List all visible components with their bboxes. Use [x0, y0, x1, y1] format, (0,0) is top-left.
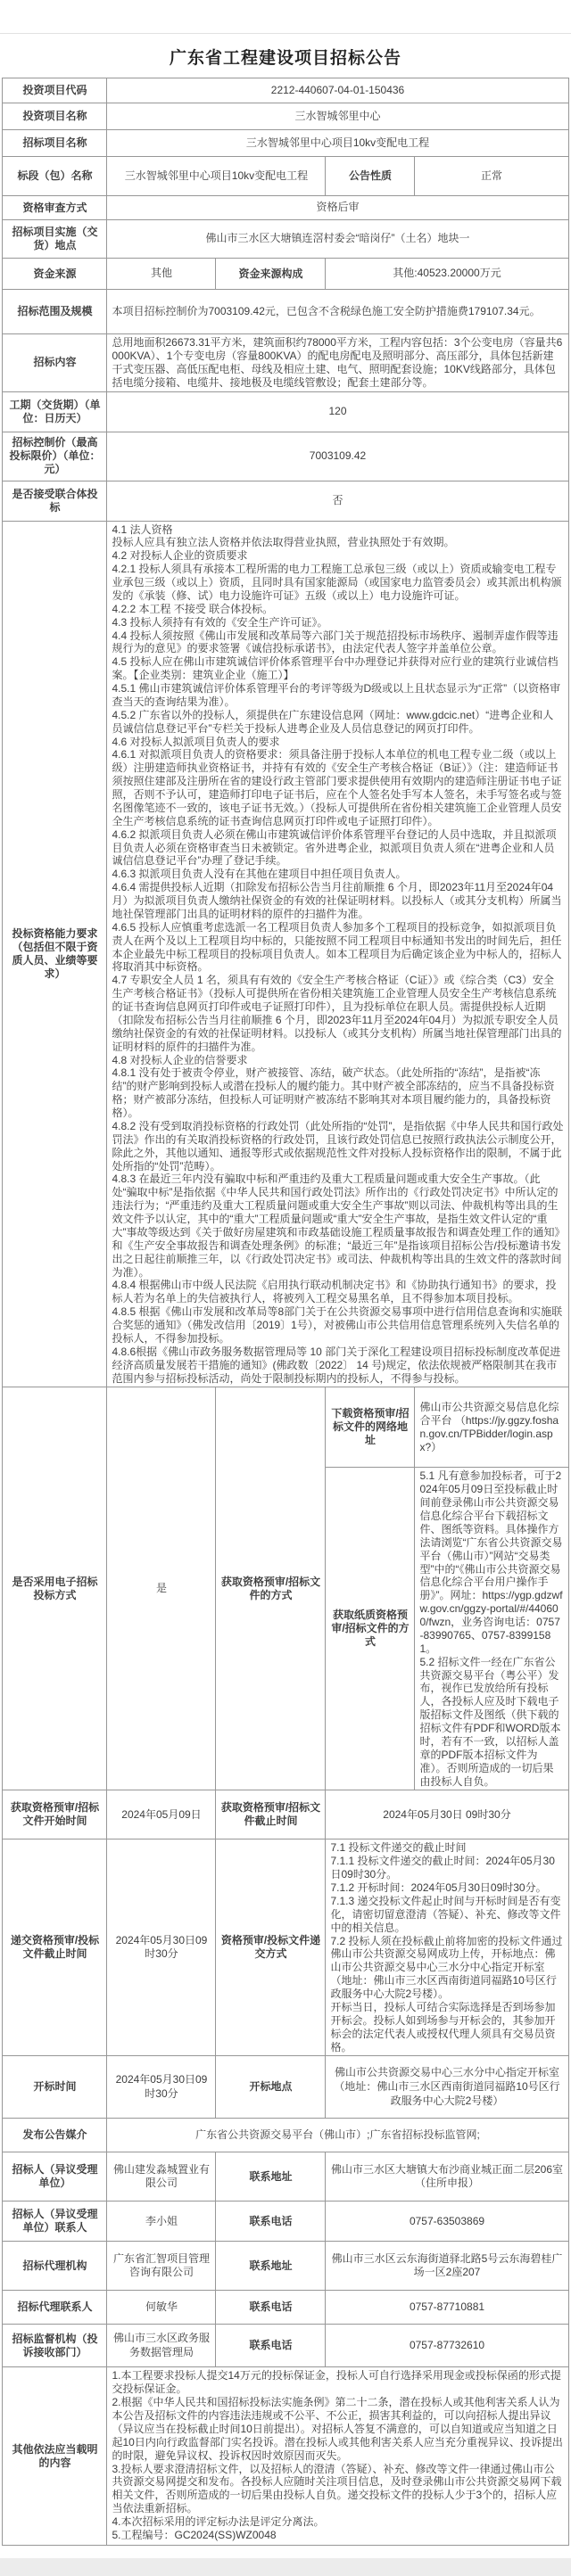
row-e-bidding-1: 是否采用电子招标投标方式 是 获取资格预审/招标文件的方式 下载资格预审/招标文…	[3, 1387, 568, 1468]
label-agency-address: 联系地址	[216, 2242, 326, 2291]
value-paper-method: 5.1 凡有意参加投标者，可于2024年05月09日至投标截止时间前登录佛山市公…	[415, 1468, 568, 1790]
label-consortium: 是否接受联合体投标	[3, 481, 107, 521]
label-notice-nature: 公告性质	[326, 157, 415, 196]
label-other: 其他依法应当载明的内容	[3, 2367, 107, 2546]
row-funds: 资金来源 其他 资金来源构成 其他:40523.20000万元	[3, 259, 568, 290]
label-project-code: 投资项目代码	[3, 78, 107, 103]
value-obtain-start: 2024年05月09日	[107, 1790, 216, 1839]
value-agency-phone: 0757-87710881	[326, 2291, 568, 2325]
label-funds-composition: 资金来源构成	[216, 259, 326, 290]
value-scope: 本项目招标控制价为7003109.42元，已包含不含税绿色施工安全防护措施费17…	[107, 290, 568, 334]
value-supervisor: 佛山市三水区政务服务数据管理局	[107, 2325, 216, 2367]
label-submit-method: 资格预审/投标文件递交方式	[216, 1839, 326, 2056]
label-ceiling-price: 招标控制价（最高投标限价）（单位：元）	[3, 432, 107, 481]
label-funds: 资金来源	[3, 259, 107, 290]
value-tender-name: 三水智城邻里中心项目10kv变配电工程	[107, 130, 568, 157]
label-agency-contact: 招标代理联系人	[3, 2291, 107, 2325]
row-qualification-req: 投标资格能力要求（包括但不限于资质人员、业绩等要求） 4.1 法人资格 投标人应…	[3, 521, 568, 1387]
value-tenderer-phone: 0757-63503869	[326, 2202, 568, 2242]
row-bid-opening: 开标时间 2024年05月30日09时30分 开标地点 佛山市公共资源交易中心三…	[3, 2056, 568, 2119]
value-ceiling-price: 7003109.42	[107, 432, 568, 481]
value-notice-nature: 正常	[415, 157, 568, 196]
label-bid-opening-place: 开标地点	[216, 2056, 326, 2119]
value-location: 佛山市三水区大塘镇连滘村委会“暗岗仔”（土名）地块一	[107, 220, 568, 259]
label-tenderer-address: 联系地址	[216, 2152, 326, 2202]
label-scope: 招标范围及规模	[3, 290, 107, 334]
value-supervisor-phone: 0757-87732610	[326, 2325, 568, 2367]
label-supervisor: 招标监督机构（投诉接收部门）	[3, 2325, 107, 2367]
row-supervisor: 招标监督机构（投诉接收部门） 佛山市三水区政务服务数据管理局 联系电话 0757…	[3, 2325, 568, 2367]
label-submit-deadline: 递交资格预审/投标文件截止时间	[3, 1839, 107, 2056]
label-paper-method: 获取纸质资格预审/招标文件的方式	[326, 1468, 415, 1790]
label-bid-opening-time: 开标时间	[3, 2056, 107, 2119]
label-project-name: 投资项目名称	[3, 103, 107, 130]
value-agency-address: 佛山市三水区云东海街道驿北路5号云东海碧桂广场一区2座207	[326, 2242, 568, 2291]
value-tenderer-contact: 李小姐	[107, 2202, 216, 2242]
value-e-bidding: 是	[107, 1387, 216, 1790]
row-content: 招标内容 总用地面积26673.31平方米，建筑面积约78000平方米，工程内容…	[3, 334, 568, 392]
value-tenderer-address: 佛山市三水区大塘镇大布沙商业城正面二层206室（住所申报）	[326, 2152, 568, 2202]
row-duration: 工期（交货期）（单位：日历天） 120	[3, 391, 568, 432]
announcement-table: 投资项目代码 2212-440607-04-01-150436 投资项目名称 三…	[2, 78, 568, 2546]
label-tenderer-contact: 招标人（异议受理单位）联系人	[3, 2202, 107, 2242]
value-qualification-req: 4.1 法人资格 投标人应具有独立法人资格并依法取得营业执照，营业执照处于有效期…	[107, 521, 568, 1387]
row-project-code: 投资项目代码 2212-440607-04-01-150436	[3, 78, 568, 103]
label-media: 发布公告媒介	[3, 2119, 107, 2152]
value-consortium: 否	[107, 481, 568, 521]
row-project-name: 投资项目名称 三水智城邻里中心	[3, 103, 568, 130]
row-qualification-review: 资格审查方式 资格后审	[3, 196, 568, 220]
value-funds-composition: 其他:40523.20000万元	[326, 259, 568, 290]
row-obtain-time: 获取资格预审/招标文件开始时间 2024年05月09日 获取资格预审/招标文件截…	[3, 1790, 568, 1839]
label-duration: 工期（交货期）（单位：日历天）	[3, 391, 107, 432]
label-tender-name: 招标项目名称	[3, 130, 107, 157]
value-agency-contact: 何敏华	[107, 2291, 216, 2325]
page-title: 广东省工程建设项目招标公告	[0, 45, 571, 69]
label-tenderer: 招标人（异议受理单位）	[3, 2152, 107, 2202]
row-section: 标段（包）名称 三水智城邻里中心项目10kv变配电工程 公告性质 正常	[3, 157, 568, 196]
row-tenderer: 招标人（异议受理单位） 佛山建发淼城置业有限公司 联系地址 佛山市三水区大塘镇大…	[3, 2152, 568, 2202]
label-agency: 招标代理机构	[3, 2242, 107, 2291]
row-other: 其他依法应当载明的内容 1.本工程要求投标人提交14万元的投标保证金，投标人可自…	[3, 2367, 568, 2546]
label-qualification-review: 资格审查方式	[3, 196, 107, 220]
row-ceiling-price: 招标控制价（最高投标限价）（单位：元） 7003109.42	[3, 432, 568, 481]
label-download-url: 下载资格预审/招标文件的网络地址	[326, 1387, 415, 1468]
footer-strip	[0, 2558, 571, 2576]
row-location: 招标项目实施（交货）地点 佛山市三水区大塘镇连滘村委会“暗岗仔”（土名）地块一	[3, 220, 568, 259]
label-location: 招标项目实施（交货）地点	[3, 220, 107, 259]
value-project-name: 三水智城邻里中心	[107, 103, 568, 130]
value-bid-opening-time: 2024年05月30日09时30分	[107, 2056, 216, 2119]
value-project-code: 2212-440607-04-01-150436	[107, 78, 568, 103]
value-submit-method: 7.1 投标文件递交的截止时间 7.1.1 投标文件递交的截止时间：2024年0…	[326, 1839, 568, 2056]
value-section: 三水智城邻里中心项目10kv变配电工程	[107, 157, 326, 196]
value-tenderer: 佛山建发淼城置业有限公司	[107, 2152, 216, 2202]
row-agency: 招标代理机构 广东省汇智项目管理咨询有限公司 联系地址 佛山市三水区云东海街道驿…	[3, 2242, 568, 2291]
value-content: 总用地面积26673.31平方米，建筑面积约78000平方米，工程内容包括：3个…	[107, 334, 568, 392]
value-other: 1.本工程要求投标人提交14万元的投标保证金，投标人可自行选择采用现金或投标保函…	[107, 2367, 568, 2546]
label-obtain-method: 获取资格预审/招标文件的方式	[216, 1387, 326, 1790]
value-download-url: 佛山市公共资源交易信息化综合平台 （https://jy.ggzy.foshan…	[415, 1387, 568, 1468]
label-section: 标段（包）名称	[3, 157, 107, 196]
row-media: 发布公告媒介 广东省公共资源交易平台（佛山市）;广东省招标投标监管网;	[3, 2119, 568, 2152]
header-divider	[0, 0, 571, 34]
row-agency-contact: 招标代理联系人 何敏华 联系电话 0757-87710881	[3, 2291, 568, 2325]
row-tenderer-contact: 招标人（异议受理单位）联系人 李小姐 联系电话 0757-63503869	[3, 2202, 568, 2242]
label-qualification-req: 投标资格能力要求（包括但不限于资质人员、业绩等要求）	[3, 521, 107, 1387]
label-e-bidding: 是否采用电子招标投标方式	[3, 1387, 107, 1790]
row-submit-deadline: 递交资格预审/投标文件截止时间 2024年05月30日09时30分 资格预审/投…	[3, 1839, 568, 2056]
value-bid-opening-place: 佛山市公共资源交易中心三水分中心指定开标室（地址：佛山市三水区西南街道同福路10…	[326, 2056, 568, 2119]
value-obtain-deadline: 2024年05月30日 09时30分	[326, 1790, 568, 1839]
row-consortium: 是否接受联合体投标 否	[3, 481, 568, 521]
label-agency-phone: 联系电话	[216, 2291, 326, 2325]
value-agency: 广东省汇智项目管理咨询有限公司	[107, 2242, 216, 2291]
value-qualification-review: 资格后审	[107, 196, 568, 220]
label-tenderer-phone: 联系电话	[216, 2202, 326, 2242]
value-funds: 其他	[107, 259, 216, 290]
row-tender-name: 招标项目名称 三水智城邻里中心项目10kv变配电工程	[3, 130, 568, 157]
value-media: 广东省公共资源交易平台（佛山市）;广东省招标投标监管网;	[107, 2119, 568, 2152]
value-submit-deadline: 2024年05月30日09时30分	[107, 1839, 216, 2056]
label-content: 招标内容	[3, 334, 107, 392]
label-supervisor-phone: 联系电话	[216, 2325, 326, 2367]
value-duration: 120	[107, 391, 568, 432]
row-scope: 招标范围及规模 本项目招标控制价为7003109.42元，已包含不含税绿色施工安…	[3, 290, 568, 334]
label-obtain-start: 获取资格预审/招标文件开始时间	[3, 1790, 107, 1839]
label-obtain-deadline: 获取资格预审/招标文件截止时间	[216, 1790, 326, 1839]
